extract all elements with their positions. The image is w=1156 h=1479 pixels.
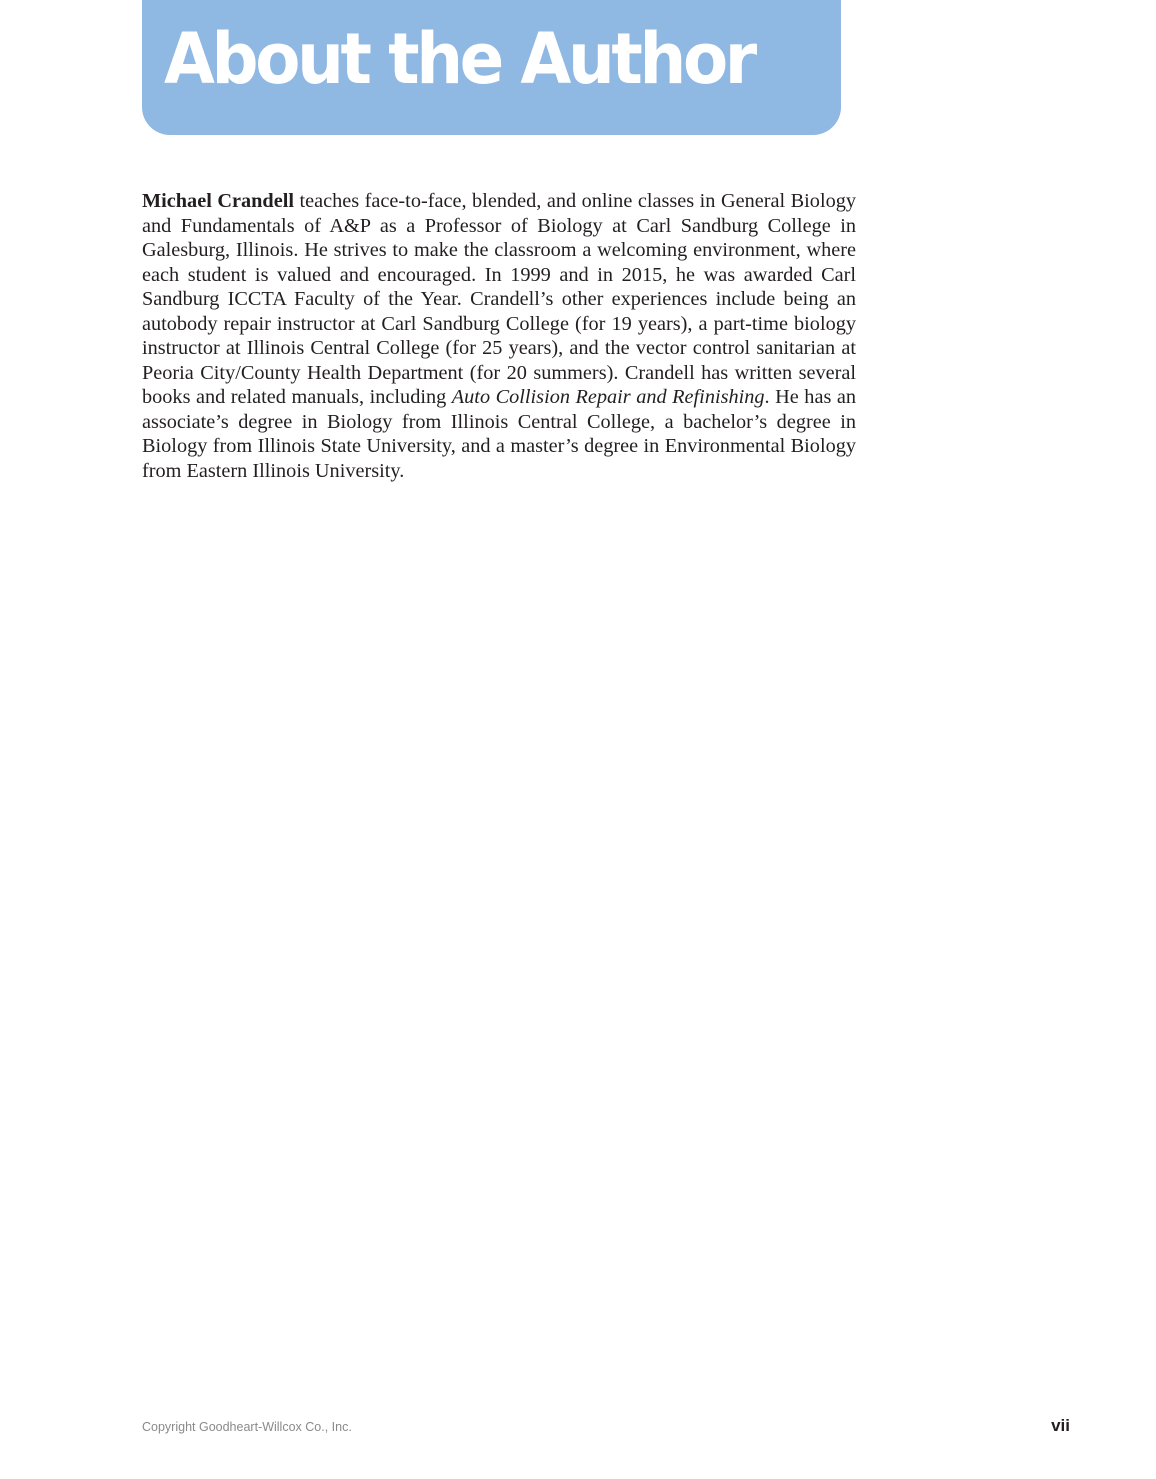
page-number: vii: [1051, 1416, 1070, 1436]
footer-copyright: Copyright Goodheart-Willcox Co., Inc.: [142, 1420, 352, 1434]
title-banner: About the Author: [142, 0, 841, 135]
bio-text-part1: teaches face-to-face, blended, and onlin…: [142, 190, 856, 408]
book-title: Auto Collision Repair and Refinishing: [452, 386, 765, 408]
author-bio: Michael Crandell teaches face-to-face, b…: [142, 189, 856, 483]
page-title: About the Author: [164, 24, 754, 94]
author-name: Michael Crandell: [142, 190, 294, 212]
